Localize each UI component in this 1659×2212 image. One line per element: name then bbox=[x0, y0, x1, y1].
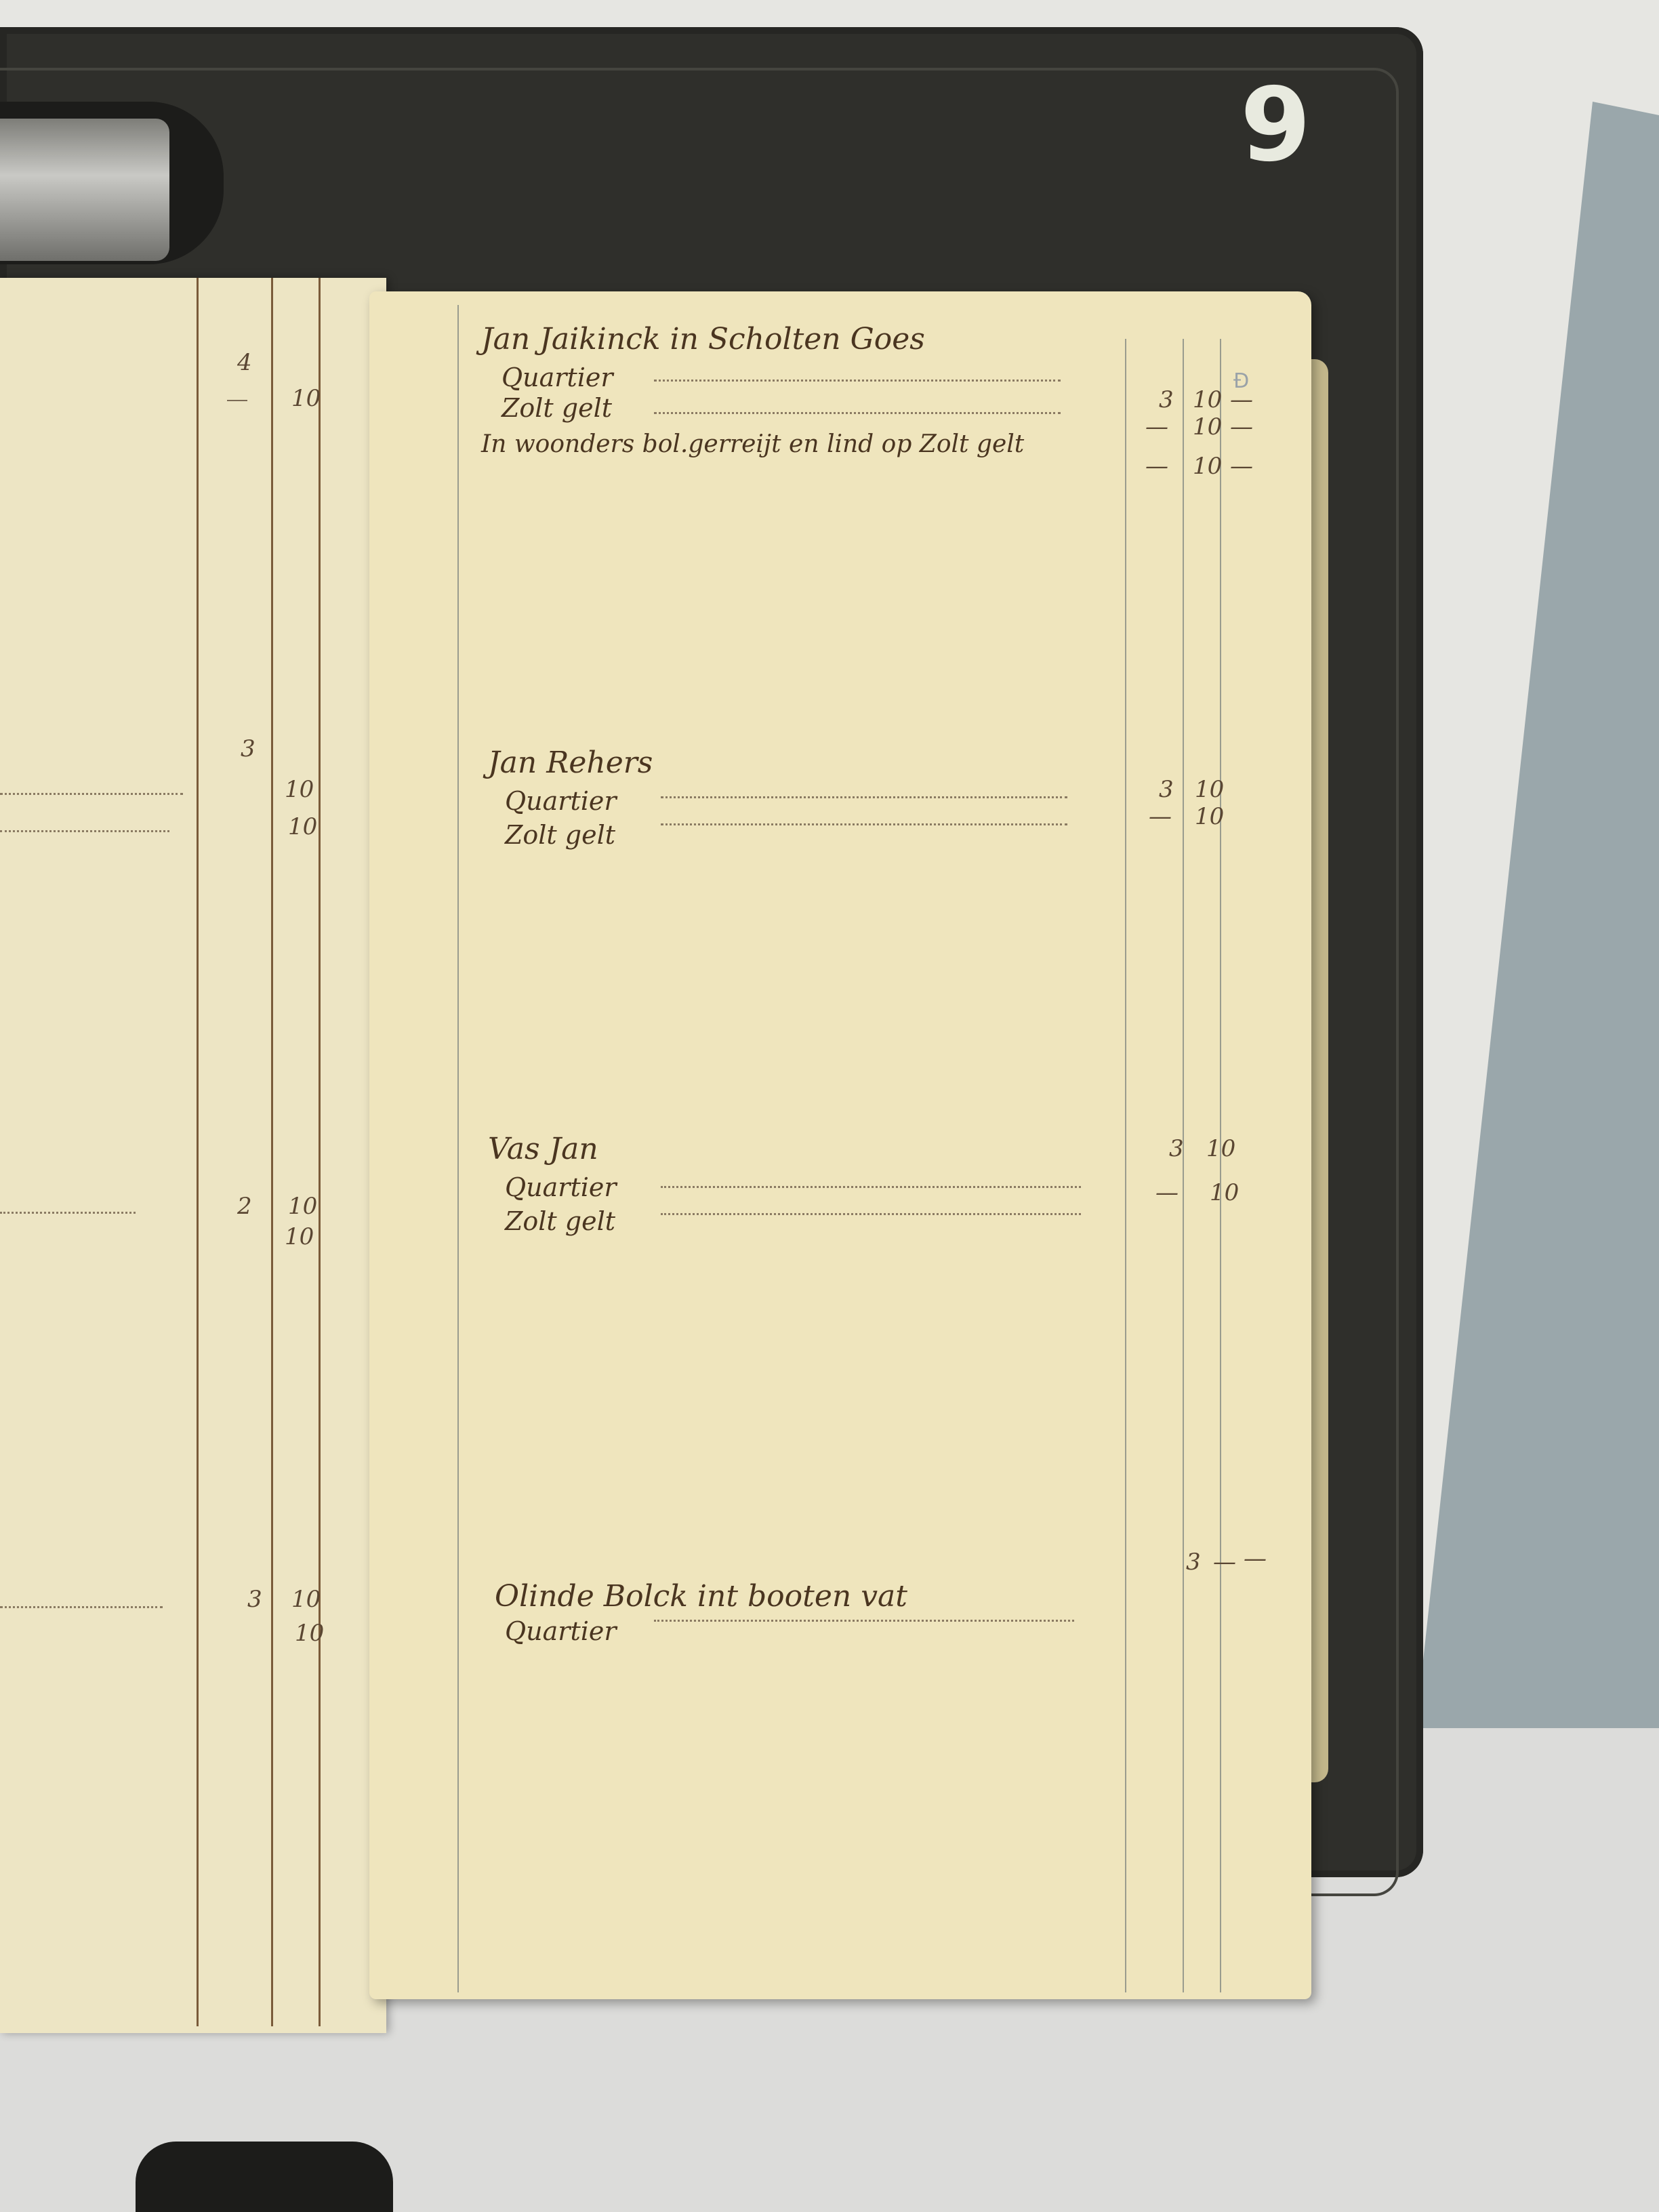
amount-cell: 4 bbox=[237, 349, 252, 376]
amount-cell: 10 bbox=[1195, 776, 1224, 803]
leader-dots bbox=[0, 1606, 163, 1608]
entry-line-label: Quartier bbox=[505, 1172, 617, 1202]
entry-name: Vas Jan bbox=[488, 1132, 598, 1166]
page-clamp-bottom bbox=[136, 2142, 393, 2212]
entry-name: Jan Rehers bbox=[488, 745, 653, 780]
entry-line-label: Quartier bbox=[505, 786, 617, 816]
leader-dots bbox=[654, 412, 1061, 414]
amount-cell: 3 bbox=[1169, 1135, 1184, 1162]
amount-cell: 10 bbox=[1195, 803, 1224, 830]
amount-cell: 3 bbox=[241, 735, 255, 762]
amount-cell: 3 bbox=[1159, 776, 1174, 803]
entry-line-label: Zolt gelt bbox=[501, 393, 612, 423]
amount-cell: 10 bbox=[288, 813, 317, 840]
amount-cell: 3 bbox=[1186, 1549, 1201, 1576]
dash-mark bbox=[227, 400, 247, 401]
blue-paper-sheet bbox=[1423, 102, 1659, 1728]
amount-cell: — bbox=[1244, 1545, 1267, 1572]
column-rule bbox=[197, 278, 199, 2026]
column-rule bbox=[1183, 339, 1184, 1992]
amount-cell: 2 bbox=[237, 1193, 252, 1220]
leader-dots bbox=[0, 830, 169, 832]
column-rule bbox=[1125, 339, 1126, 1992]
amount-cell: 10 bbox=[285, 1223, 314, 1250]
amount-cell: 10 bbox=[295, 1620, 324, 1647]
entry-line-label: Zolt gelt bbox=[505, 820, 615, 850]
amount-cell: 10 bbox=[285, 776, 314, 803]
amount-cell: 10 bbox=[291, 1586, 321, 1613]
right-page: Ɖ Jan Jaikinck in Scholten Goes Quartier… bbox=[369, 291, 1311, 1999]
leader-dots bbox=[661, 1213, 1081, 1215]
amount-cell: 3 bbox=[247, 1586, 262, 1613]
amount-cell: — bbox=[1213, 1549, 1236, 1576]
amount-cell: — bbox=[1155, 1179, 1179, 1206]
amount-cell: — bbox=[1149, 803, 1172, 830]
entry-name: Jan Jaikinck in Scholten Goes bbox=[481, 322, 925, 356]
leader-dots bbox=[661, 796, 1067, 798]
column-rule bbox=[1220, 339, 1221, 1992]
amount-cell: 10 bbox=[1210, 1179, 1239, 1206]
leader-dots bbox=[0, 793, 183, 795]
entry-line-label: Quartier bbox=[505, 1616, 617, 1646]
amount-cell: 10 bbox=[1193, 453, 1222, 480]
amount-cell: 3 bbox=[1159, 386, 1174, 413]
entry-line-label: In woonders bol.gerreijt en lind op Zolt… bbox=[481, 430, 1024, 458]
amount-cell: 10 bbox=[1193, 413, 1222, 441]
clamp-bar bbox=[0, 119, 169, 261]
amount-cell: — bbox=[1230, 413, 1253, 441]
column-rule bbox=[319, 278, 321, 2026]
amount-cell: 10 bbox=[1206, 1135, 1235, 1162]
amount-cell: — bbox=[1230, 386, 1253, 413]
margin-rule bbox=[457, 305, 459, 1992]
leader-dots bbox=[654, 380, 1061, 382]
entry-name: Olinde Bolck int booten vat bbox=[495, 1579, 907, 1614]
leader-dots bbox=[661, 1186, 1081, 1188]
entry-line-label: Quartier bbox=[501, 363, 613, 392]
leader-dots bbox=[0, 1212, 136, 1214]
amount-cell: — bbox=[1230, 453, 1253, 480]
amount-cell: 10 bbox=[291, 385, 321, 412]
leader-dots bbox=[661, 823, 1067, 825]
amount-cell: — bbox=[1145, 413, 1168, 441]
leader-dots bbox=[654, 1620, 1074, 1622]
column-rule bbox=[271, 278, 273, 2026]
amount-cell: 10 bbox=[288, 1193, 317, 1220]
board-number-label: 9 bbox=[1240, 75, 1311, 176]
entry-line-label: Zolt gelt bbox=[505, 1206, 615, 1236]
amount-cell: 10 bbox=[1193, 386, 1222, 413]
left-page: 4 10 3 10 10 2 10 10 3 10 10 bbox=[0, 278, 386, 2033]
amount-cell: — bbox=[1145, 453, 1168, 480]
